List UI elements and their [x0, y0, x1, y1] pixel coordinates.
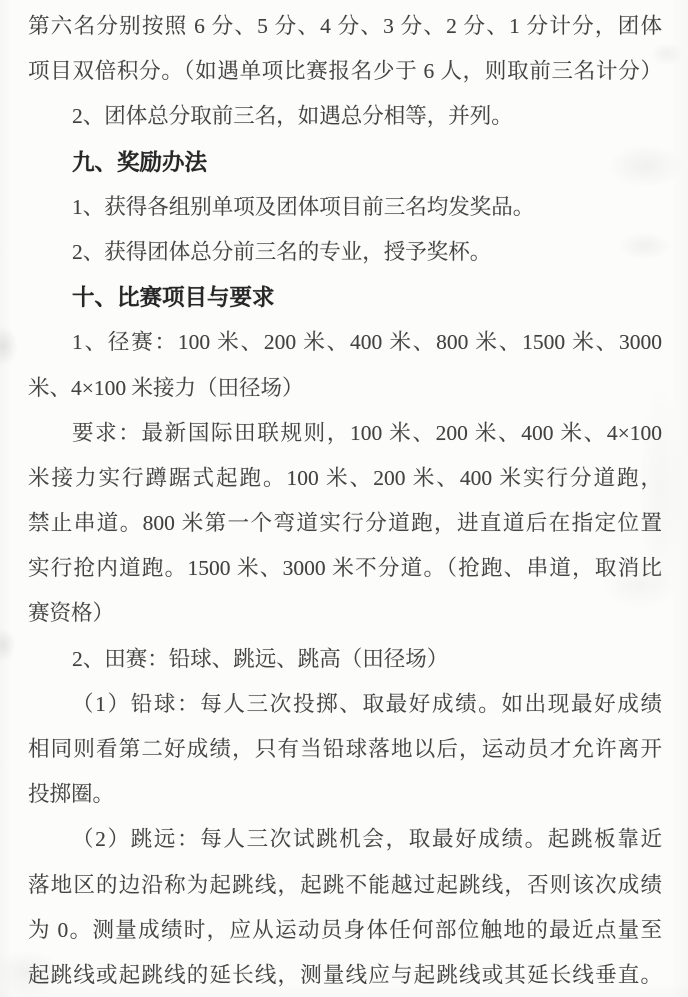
text-line: 1、获得各组别单项及团体项目前三名均发奖品。 — [28, 185, 662, 230]
document-text-block: 第六名分别按照 6 分、5 分、4 分、3 分、2 分、1 分计分，团体项目双倍… — [28, 4, 662, 997]
text-line: 起跳线或起跳线的延长线，测量线应与起跳线或其延长线垂直。 — [28, 953, 662, 997]
text-line: 2、田赛：铅球、跳远、跳高（田径场） — [28, 637, 662, 682]
text-line: （2）跳远：每人三次试跳机会，取最好成绩。起跳板靠近 — [28, 817, 662, 862]
text-line: （1）铅球：每人三次投掷、取最好成绩。如出现最好成绩 — [28, 682, 662, 727]
text-line: 1、径赛：100 米、200 米、400 米、800 米、1500 米、3000 — [28, 320, 662, 365]
text-line: 赛资格） — [28, 591, 662, 636]
text-line: 米接力实行蹲踞式起跑。100 米、200 米、400 米实行分道跑， — [28, 456, 662, 501]
text-line: 2、团体总分取前三名，如遇总分相等，并列。 — [28, 94, 662, 139]
text-line: 为 0。测量成绩时，应从运动员身体任何部位触地的最近点量至 — [28, 908, 662, 953]
scanned-document-page: 第六名分别按照 6 分、5 分、4 分、3 分、2 分、1 分计分，团体项目双倍… — [0, 0, 688, 997]
text-line: 投掷圈。 — [28, 772, 662, 817]
text-line: 要求：最新国际田联规则，100 米、200 米、400 米、4×100 — [28, 411, 662, 456]
text-line: 米、4×100 米接力（田径场） — [28, 366, 662, 411]
text-line: 落地区的边沿称为起跳线，起跳不能越过起跳线，否则该次成绩 — [28, 863, 662, 908]
section-heading: 九、奖励办法 — [28, 140, 662, 185]
text-line: 第六名分别按照 6 分、5 分、4 分、3 分、2 分、1 分计分，团体 — [28, 4, 662, 49]
text-line: 禁止串道。800 米第一个弯道实行分道跑，进直道后在指定位置 — [28, 501, 662, 546]
scan-smudge — [0, 628, 16, 662]
text-line: 相同则看第二好成绩，只有当铅球落地以后，运动员才允许离开 — [28, 727, 662, 772]
scan-smudge — [0, 326, 18, 366]
section-heading: 十、比赛项目与要求 — [28, 275, 662, 320]
text-line: 项目双倍积分。（如遇单项比赛报名少于 6 人，则取前三名计分） — [28, 49, 662, 94]
text-line: 实行抢内道跑。1500 米、3000 米不分道。（抢跑、串道，取消比 — [28, 546, 662, 591]
text-line: 2、获得团体总分前三名的专业，授予奖杯。 — [28, 230, 662, 275]
